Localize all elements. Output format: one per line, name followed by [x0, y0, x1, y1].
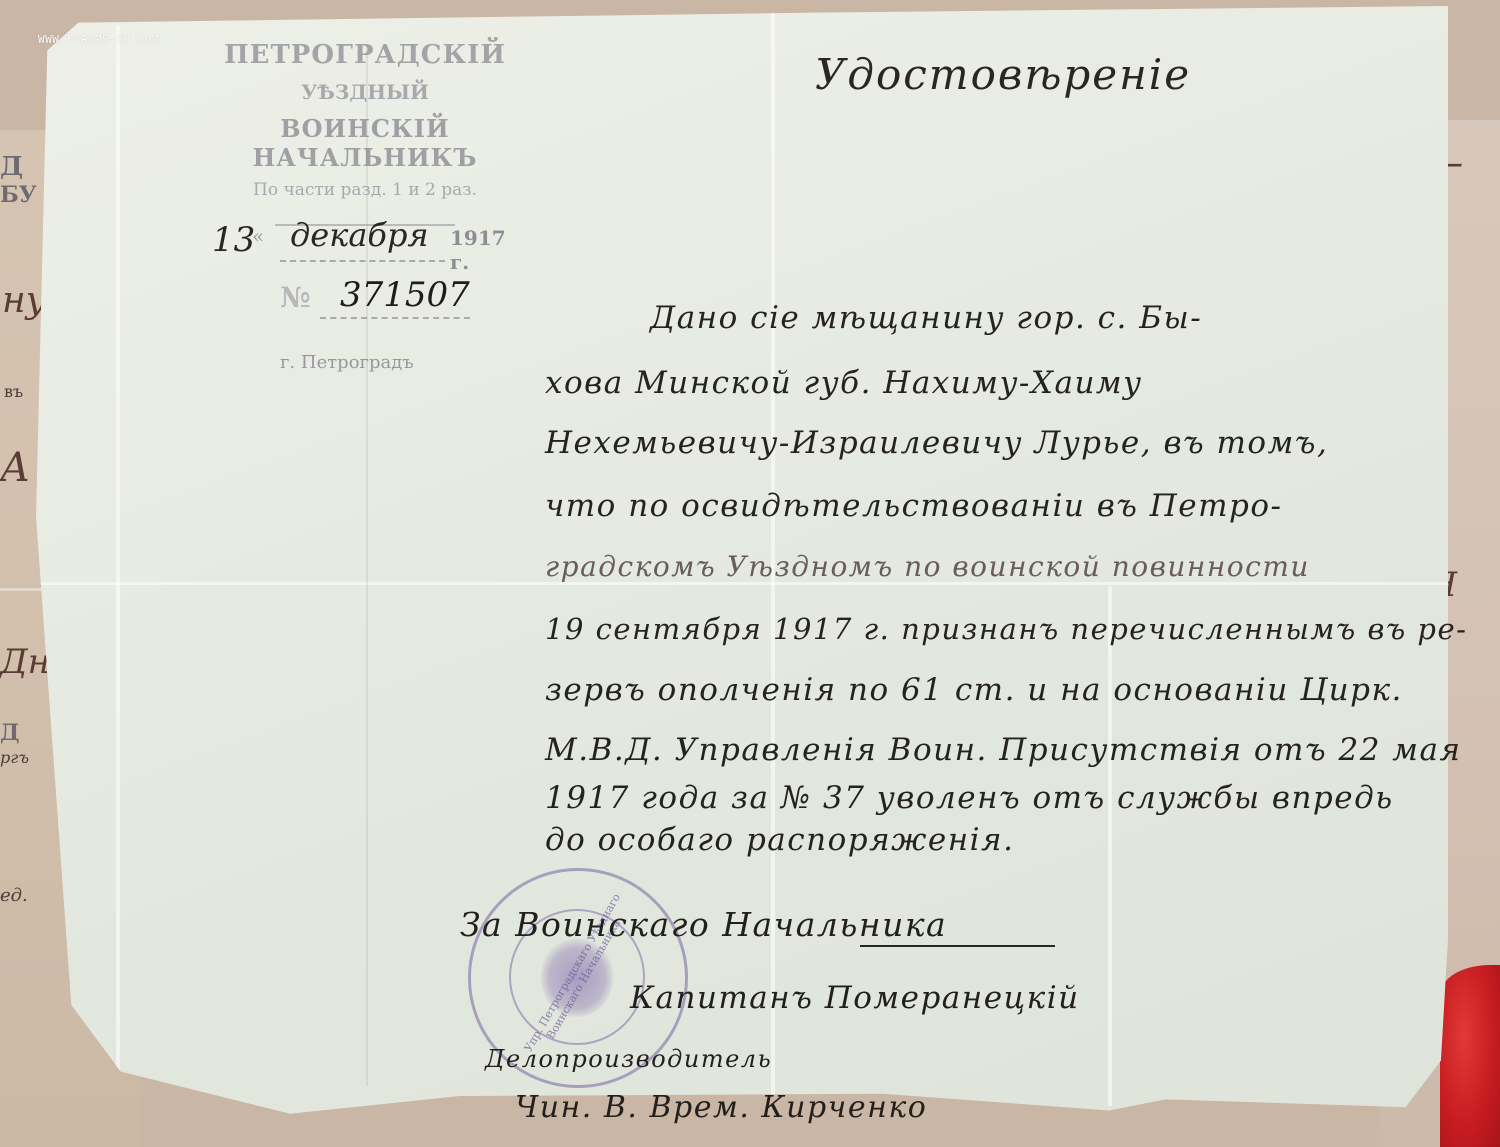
fragment-text: БУ — [0, 182, 37, 208]
fragment-text: Дн — [0, 642, 50, 682]
fragment-text: Д — [0, 152, 23, 182]
issue-place: г. Петроградъ — [280, 352, 414, 373]
body-line: Нехемьевичу-Израилевичу Лурье, въ томъ, — [545, 425, 1328, 461]
date-day: 13 — [212, 220, 255, 260]
fragment-text: ргъ — [0, 748, 29, 767]
body-line: хова Минской губ. Нахиму-Хаиму — [545, 365, 1143, 401]
signature-line: Капитанъ Померанецкій — [630, 980, 1080, 1016]
fragment-text: въ — [4, 382, 23, 401]
document-title: Удостовѣреніе — [815, 50, 1191, 99]
document-number: № 371507 — [280, 275, 480, 325]
number-sign: № — [280, 281, 310, 314]
letterhead-line: По части разд. 1 и 2 раз. — [180, 180, 550, 200]
body-line: зервъ ополченія по 61 ст. и на основаніи… — [545, 672, 1403, 708]
body-line: Дано сіе мѣщанину гор. с. Бы- — [650, 300, 1202, 336]
issue-date: 13 « декабря 1917 г. — [200, 220, 520, 270]
body-line: градскомъ Уѣздномъ по воинской повинност… — [545, 550, 1310, 583]
body-line: до особаго распоряженія. — [545, 822, 1014, 858]
letterhead-line: ВОИНСКІЙ НАЧАЛЬНИКЪ — [180, 114, 550, 172]
signature-line: Делопроизводитель — [485, 1045, 772, 1073]
body-line: 19 сентября 1917 г. признанъ перечисленн… — [545, 612, 1467, 646]
printed-letterhead: ПЕТРОГРАДСКІЙ УѢЗДНЫЙ ВОИНСКІЙ НАЧАЛЬНИК… — [180, 40, 550, 226]
fragment-text: Д — [0, 720, 20, 746]
fragment-text: ну — [2, 280, 47, 321]
date-quote: « — [252, 224, 264, 248]
dotted-underline — [320, 317, 470, 319]
letterhead-line: УѢЗДНЫЙ — [180, 80, 550, 104]
letterhead-line: ПЕТРОГРАДСКІЙ — [180, 40, 550, 70]
number-value: 371507 — [340, 275, 470, 315]
fold-line — [116, 26, 120, 1106]
body-line: что по освидѣтельствованіи въ Петро- — [545, 488, 1283, 524]
body-line: М.В.Д. Управленія Воин. Присутствія отъ … — [545, 732, 1461, 768]
site-watermark: WWW.FORUMS-SU.COM — [38, 33, 159, 46]
fold-line — [1108, 586, 1112, 1106]
fragment-text: ед. — [0, 885, 28, 906]
signature-line: За Воинскаго Начальника — [460, 905, 947, 944]
fragment-text: А — [0, 445, 30, 491]
dotted-underline — [280, 260, 445, 262]
signature-line: Чин. В. Врем. Кирченко — [515, 1090, 927, 1125]
red-wax-seal — [1440, 965, 1500, 1147]
signature-underline — [860, 945, 1055, 947]
date-year: 1917 г. — [450, 226, 520, 274]
date-month: декабря — [290, 216, 429, 254]
body-line: 1917 года за № 37 уволенъ отъ службы впр… — [545, 780, 1394, 816]
